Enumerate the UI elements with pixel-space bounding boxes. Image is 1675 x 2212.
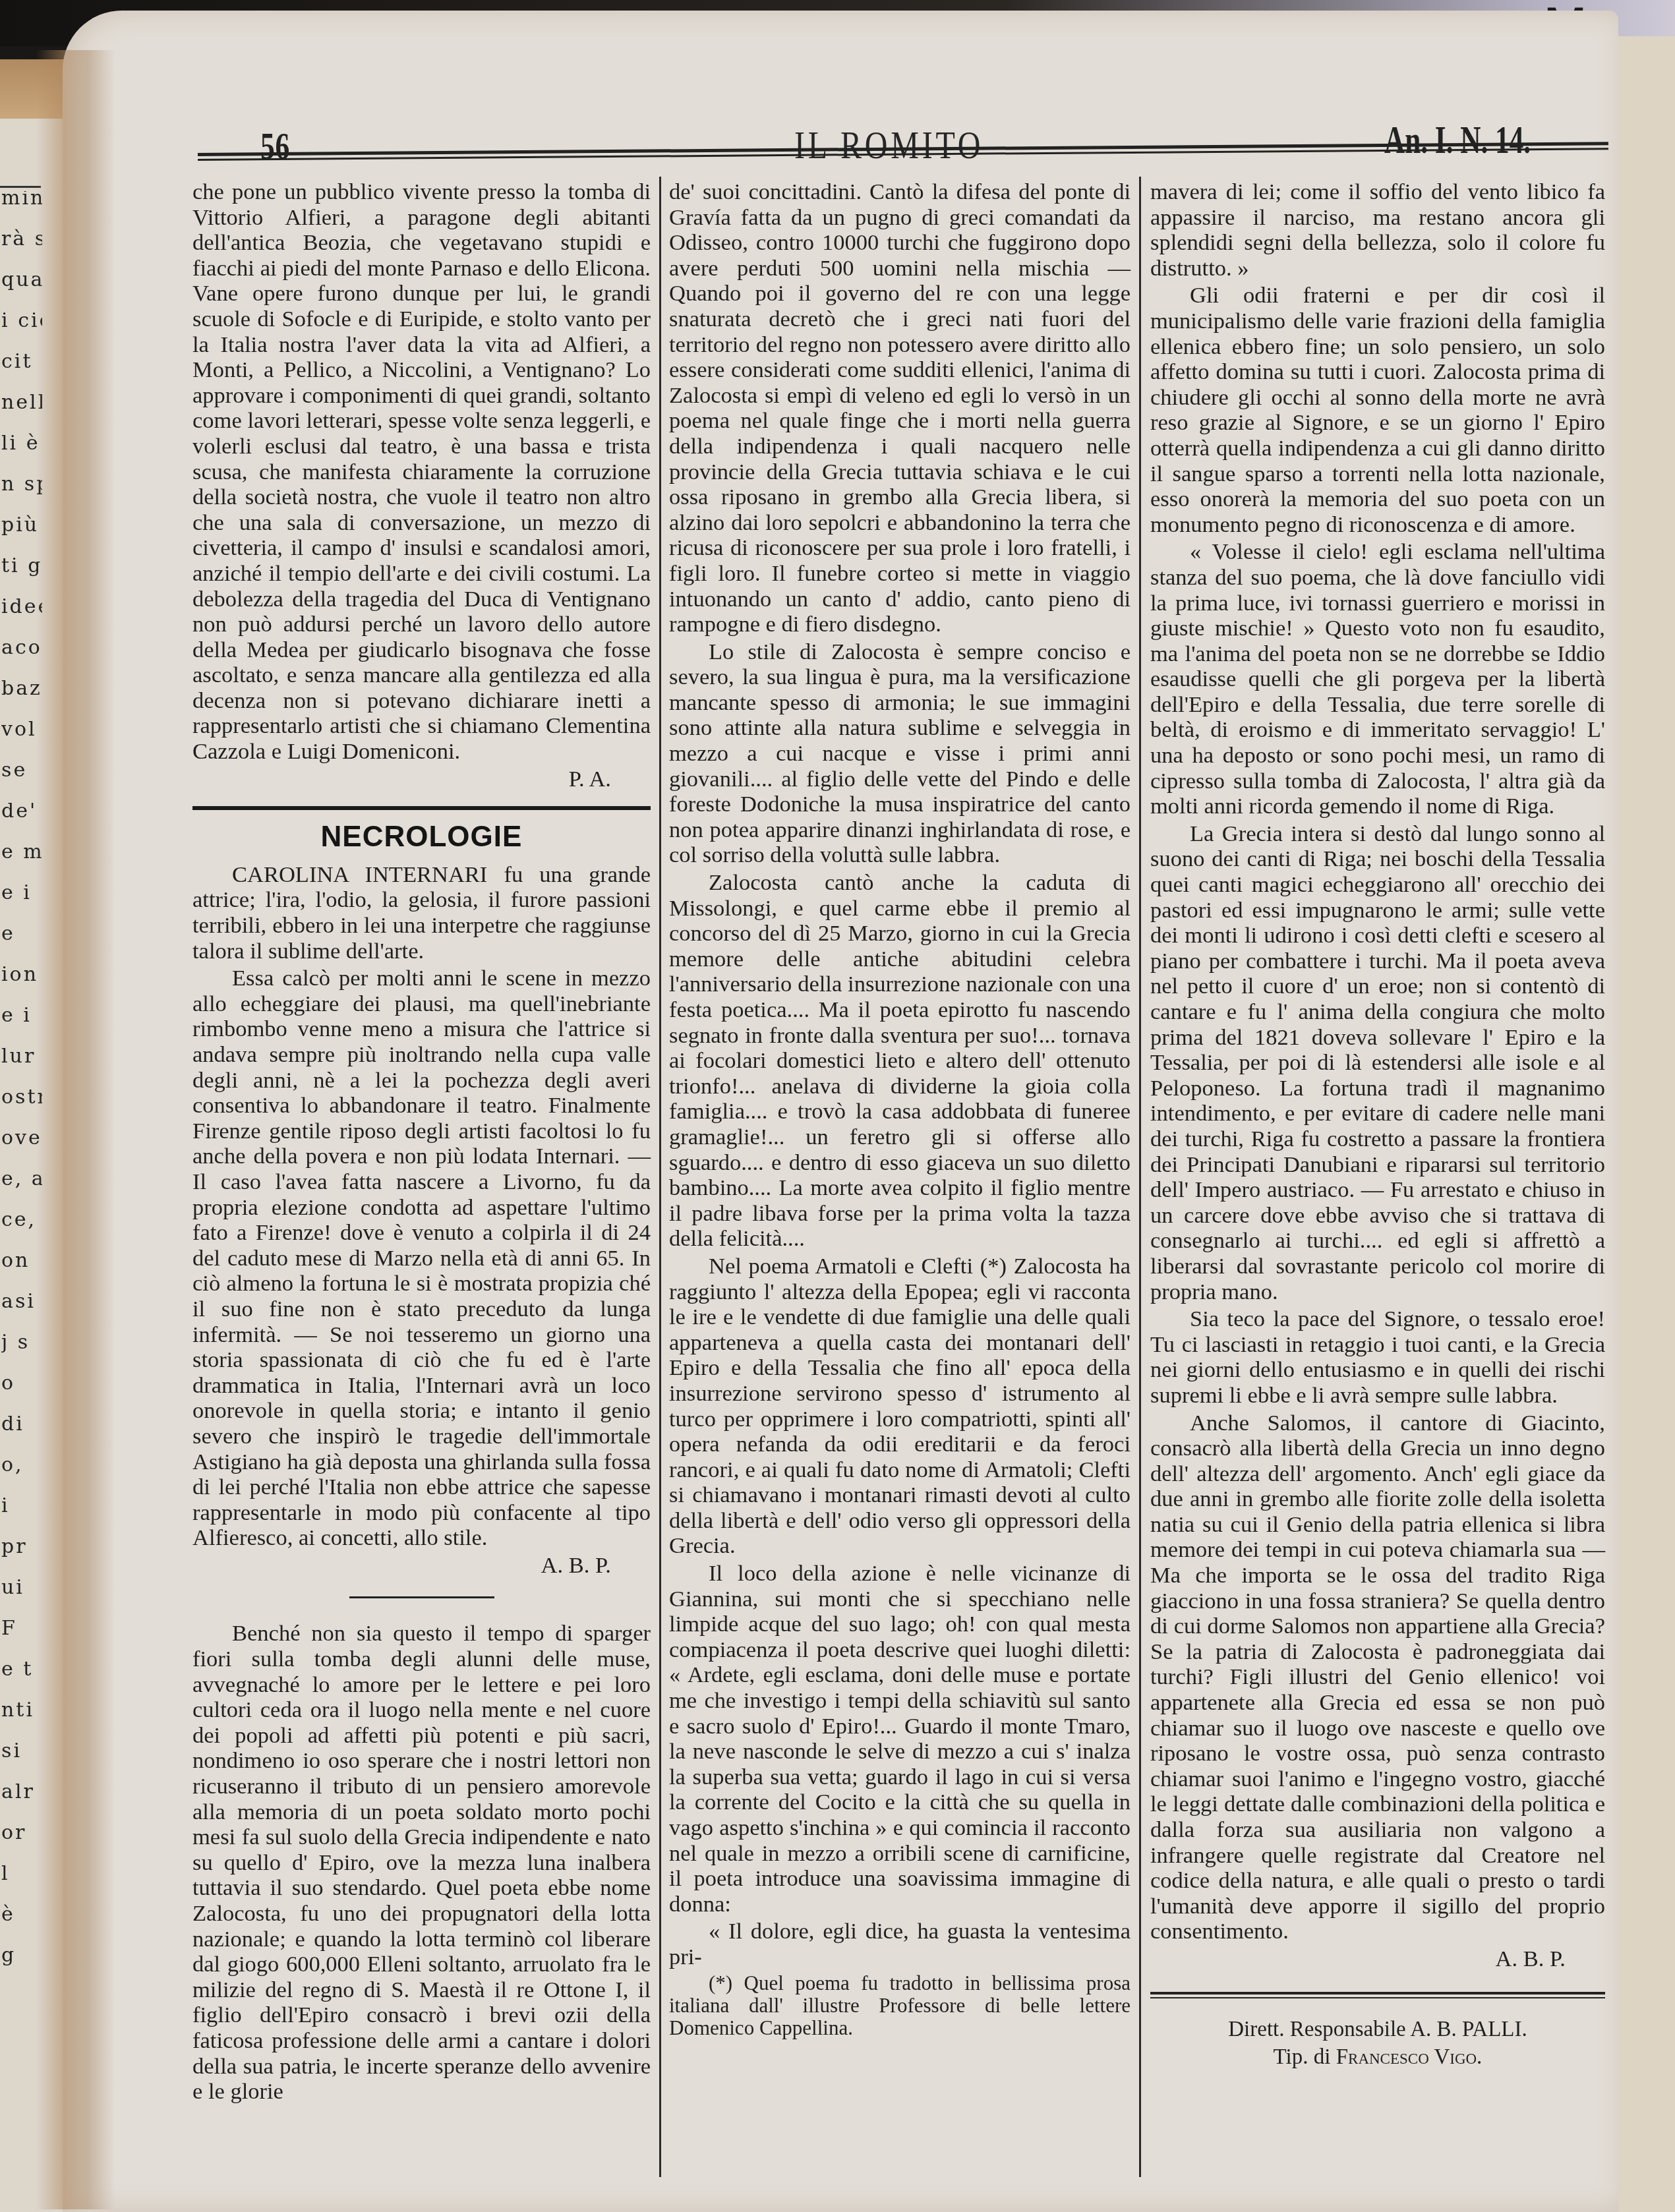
article-paragraph: Zalocosta cantò anche la caduta di Misso… [669,870,1131,1252]
section-divider [192,806,651,810]
director-line: Dirett. Responsabile A. B. PALLI. [1150,2016,1605,2043]
issue-number: An. I. N. 14. [1384,117,1531,163]
article-paragraph: mavera di lei; come il soffio del vento … [1150,179,1605,281]
column-divider-1 [659,177,661,2177]
printer-name: Francesco Vigo. [1336,2045,1483,2069]
article-continuation: che pone un pubblico vivente presso la t… [192,179,651,765]
signature: A. B. P. [192,1553,651,1579]
column-1: che pone un pubblico vivente presso la t… [192,179,651,2105]
printer-prefix: Tip. di [1274,2045,1336,2069]
article-paragraph: Nel poema Armatoli e Clefti (*) Zalocost… [669,1254,1131,1559]
article-paragraph: « Volesse il cielo! egli esclama nell'ul… [1150,539,1605,819]
article-paragraph: Gli odii fraterni e per dir così il muni… [1150,283,1605,537]
printer-line: Tip. di Francesco Vigo. [1150,2043,1605,2071]
footer-double-rule [1150,1992,1605,1998]
article-paragraph: « Il dolore, egli dice, ha guasta la ven… [669,1919,1131,1969]
next-page-edge [1618,36,1675,2212]
previous-page-rule [0,186,41,188]
section-heading: NECROLOGIE [192,825,651,850]
spine-stain [36,50,115,2209]
article-separator [349,1596,494,1598]
column-divider-2 [1139,177,1141,2177]
article-paragraph: Anche Salomos, il cantore di Giacinto, c… [1150,1411,1605,1944]
column-2: de' suoi concittadini. Cantò la difesa d… [669,179,1131,2039]
obituary-paragraph: Benché non sia questo il tempo di sparge… [192,1621,651,2104]
page-number: 56 [260,124,290,168]
article-paragraph: Lo stile di Zalocosta è sempre conciso e… [669,639,1131,868]
newspaper-title: IL ROMITO [794,123,984,168]
obituary-paragraph: Essa calcò per molti anni le scene in me… [192,966,651,1551]
article-paragraph: La Grecia intera si destò dal lungo sonn… [1150,821,1605,1304]
column-3: mavera di lei; come il soffio del vento … [1150,179,1605,2071]
signature: A. B. P. [1150,1946,1605,1972]
article-paragraph: Il loco della azione è nelle vicinanze d… [669,1561,1131,1917]
footnote: (*) Quel poema fu tradotto in bellissima… [669,1972,1131,2039]
article-paragraph: de' suoi concittadini. Cantò la difesa d… [669,179,1131,637]
article-paragraph: Sia teco la pace del Signore, o tessalo … [1150,1306,1605,1408]
signature: P. A. [192,767,651,792]
imprint: Dirett. Responsabile A. B. PALLI. Tip. d… [1150,2016,1605,2071]
obituary-paragraph: CAROLINA INTERNARI fu una grande attrice… [192,862,651,964]
